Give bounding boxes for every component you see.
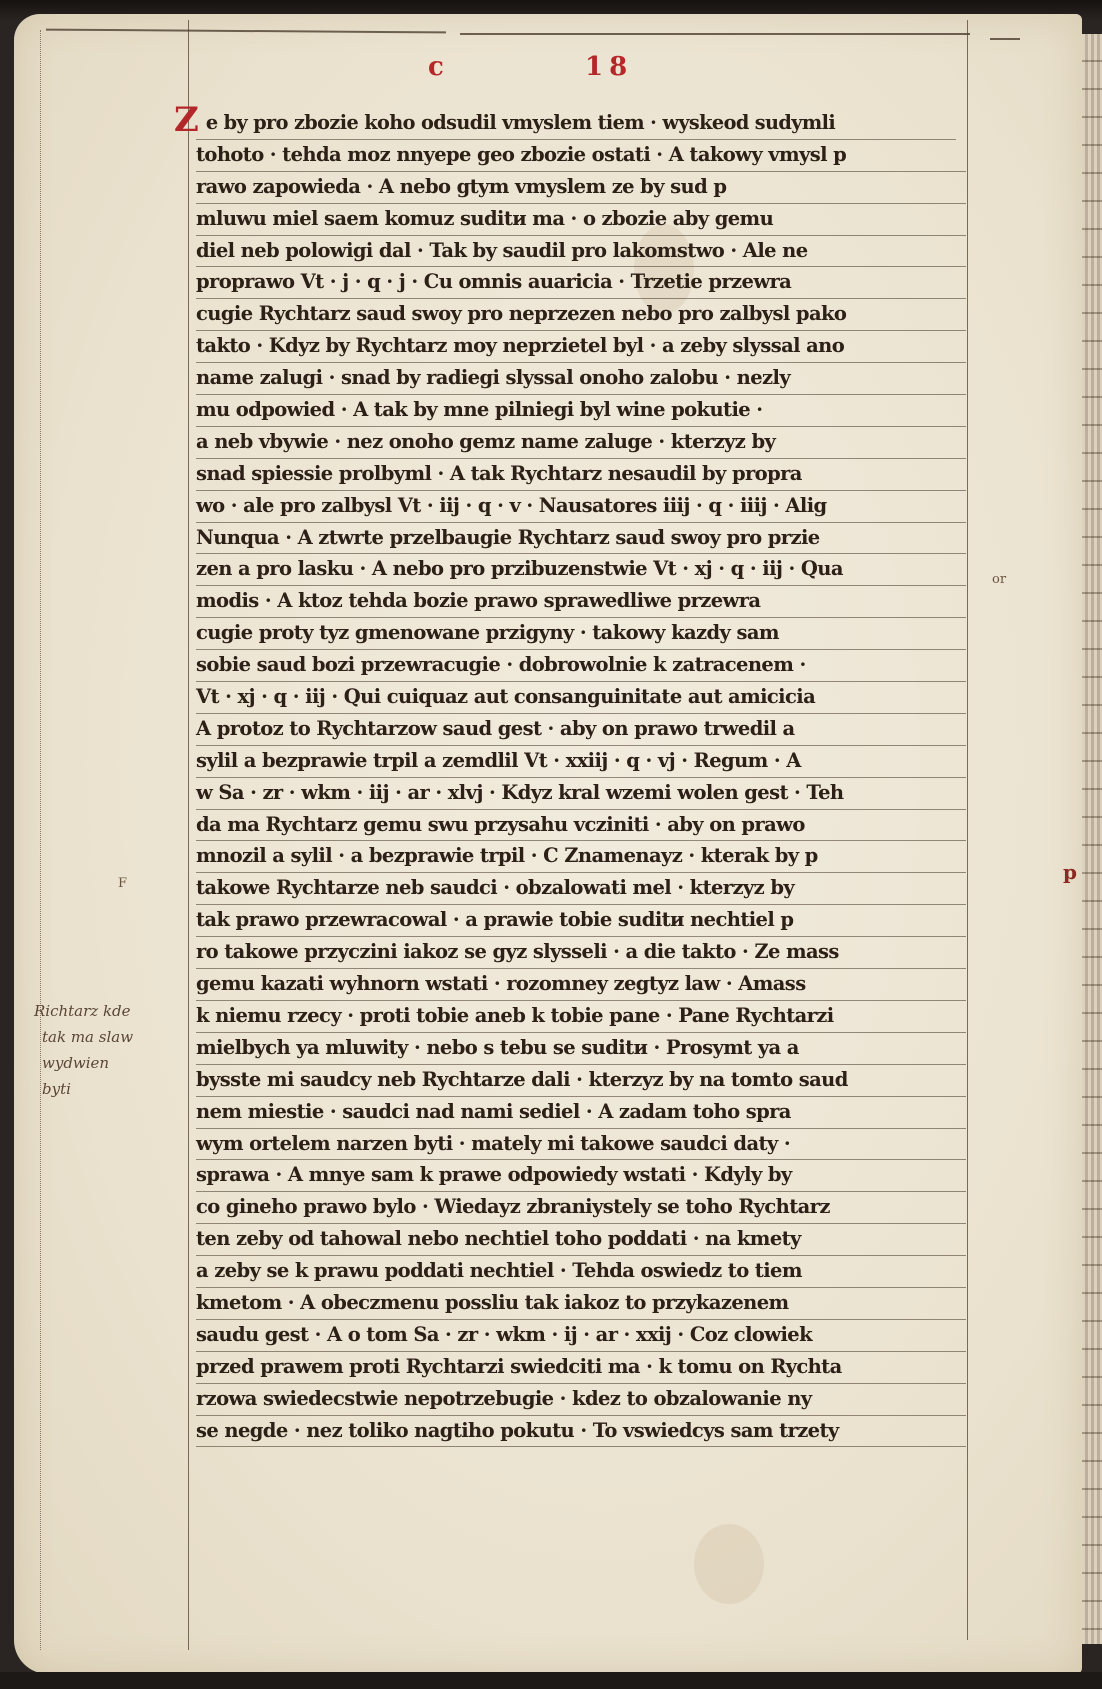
text-line: Vt · xj · q · iij · Qui cuiquaz aut cons… xyxy=(196,682,966,714)
text-line: tohoto · tehda moz nnyepe geo zbozie ost… xyxy=(196,140,966,172)
scan-background-bottom xyxy=(0,1672,1102,1689)
margin-mark-left: F xyxy=(118,876,127,891)
text-line: sylil a bezprawie trpil a zemdlil Vt · x… xyxy=(196,746,966,778)
text-line: gemu kazati wyhnorn wstati · rozomney ze… xyxy=(196,969,966,1001)
text-line: tak prawo przewracowal · a prawie tobie … xyxy=(196,905,966,937)
margin-mark-right-p: p xyxy=(1063,860,1077,884)
text-line: Nunqua · A ztwrte przelbaugie Rychtarz s… xyxy=(196,523,966,555)
text-line: mluwu miel saem komuz suditи ma · o zboz… xyxy=(196,204,966,236)
text-line: takto · Kdyz by Rychtarz moy neprzietel … xyxy=(196,331,966,363)
text-line: proprawo Vt · j · q · j · Cu omnis auari… xyxy=(196,267,966,299)
text-line: saudu gest · A o tom Sa · zr · wkm · ij … xyxy=(196,1320,966,1352)
text-line: mielbych ya mluwity · nebo s tebu se sud… xyxy=(196,1033,966,1065)
quire-letter: c xyxy=(428,52,450,82)
text-line: e by pro zbozie koho odsudil vmyslem tie… xyxy=(196,108,956,140)
gloss-line: byti xyxy=(34,1076,174,1102)
outer-margin-rule xyxy=(40,30,41,1650)
text-line: rzowa swiedecstwie nepotrzebugie · kdez … xyxy=(196,1384,966,1416)
text-line: rawo zapowieda · A nebo gtym vmyslem ze … xyxy=(196,172,966,204)
text-line: ro takowe przyczini iakoz se gyz slyssel… xyxy=(196,937,966,969)
text-line: w Sa · zr · wkm · iij · ar · xlvj · Kdyz… xyxy=(196,778,966,810)
text-line: mu odpowied · A tak by mne pilniegi byl … xyxy=(196,395,966,427)
text-line: name zalugi · snad by radiegi slyssal on… xyxy=(196,363,966,395)
stain xyxy=(694,1524,764,1604)
text-line: cugie proty tyz gmenowane przigyny · tak… xyxy=(196,618,966,650)
gloss-line: tak ma slaw xyxy=(34,1024,174,1050)
text-line: nem miestie · saudci nad nami sediel · A… xyxy=(196,1097,966,1129)
text-line: takowe Rychtarze neb saudci · obzalowati… xyxy=(196,873,966,905)
main-text-column: e by pro zbozie koho odsudil vmyslem tie… xyxy=(196,108,966,1447)
text-line: cugie Rychtarz saud swoy pro neprzezen n… xyxy=(196,299,966,331)
text-line: A protoz to Rychtarzow saud gest · aby o… xyxy=(196,714,966,746)
margin-mark-right: or xyxy=(992,572,1006,587)
text-line: przed prawem proti Rychtarzi swiedciti m… xyxy=(196,1352,966,1384)
text-line: se negde · nez toliko nagtiho pokutu · T… xyxy=(196,1416,966,1448)
folio-number: 18 xyxy=(585,52,633,82)
text-line: k niemu rzecy · proti tobie aneb k tobie… xyxy=(196,1001,966,1033)
text-line: mnozil a sylil · a bezprawie trpil · C Z… xyxy=(196,841,966,873)
text-line: wym ortelem narzen byti · mately mi tako… xyxy=(196,1129,966,1161)
text-line: a zeby se k prawu poddati nechtiel · Teh… xyxy=(196,1256,966,1288)
text-line: a neb vbywie · nez onoho gemz name zalug… xyxy=(196,427,966,459)
text-line: snad spiessie prolbyml · A tak Rychtarz … xyxy=(196,459,966,491)
text-line: zen a pro lasku · A nebo pro przibuzenst… xyxy=(196,554,966,586)
text-line: bysste mi saudcy neb Rychtarze dali · kt… xyxy=(196,1065,966,1097)
top-rule-right xyxy=(460,33,970,35)
left-margin-rule xyxy=(188,20,189,1650)
marginal-gloss: Richtarz kde tak ma slaw wydwien byti xyxy=(34,998,174,1102)
text-line: da ma Rychtarz gemu swu przysahu vczinit… xyxy=(196,810,966,842)
text-line: diel neb polowigi dal · Tak by saudil pr… xyxy=(196,236,966,268)
gloss-line: wydwien xyxy=(34,1050,174,1076)
text-line: sprawa · A mnye sam k prawe odpowiedy ws… xyxy=(196,1160,966,1192)
right-margin-rule xyxy=(967,20,968,1640)
top-rule-outer xyxy=(990,38,1020,40)
text-line: sobie saud bozi przewracugie · dobrowoln… xyxy=(196,650,966,682)
gloss-line: Richtarz kde xyxy=(34,998,174,1024)
text-line: wo · ale pro zalbysl Vt · iij · q · v · … xyxy=(196,491,966,523)
text-line: ten zeby od tahowal nebo nechtiel toho p… xyxy=(196,1224,966,1256)
text-line: modis · A ktoz tehda bozie prawo sprawed… xyxy=(196,586,966,618)
text-line: co gineho prawo bylo · Wiedayz zbraniyst… xyxy=(196,1192,966,1224)
text-line: kmetom · A obeczmenu possliu tak iakoz t… xyxy=(196,1288,966,1320)
